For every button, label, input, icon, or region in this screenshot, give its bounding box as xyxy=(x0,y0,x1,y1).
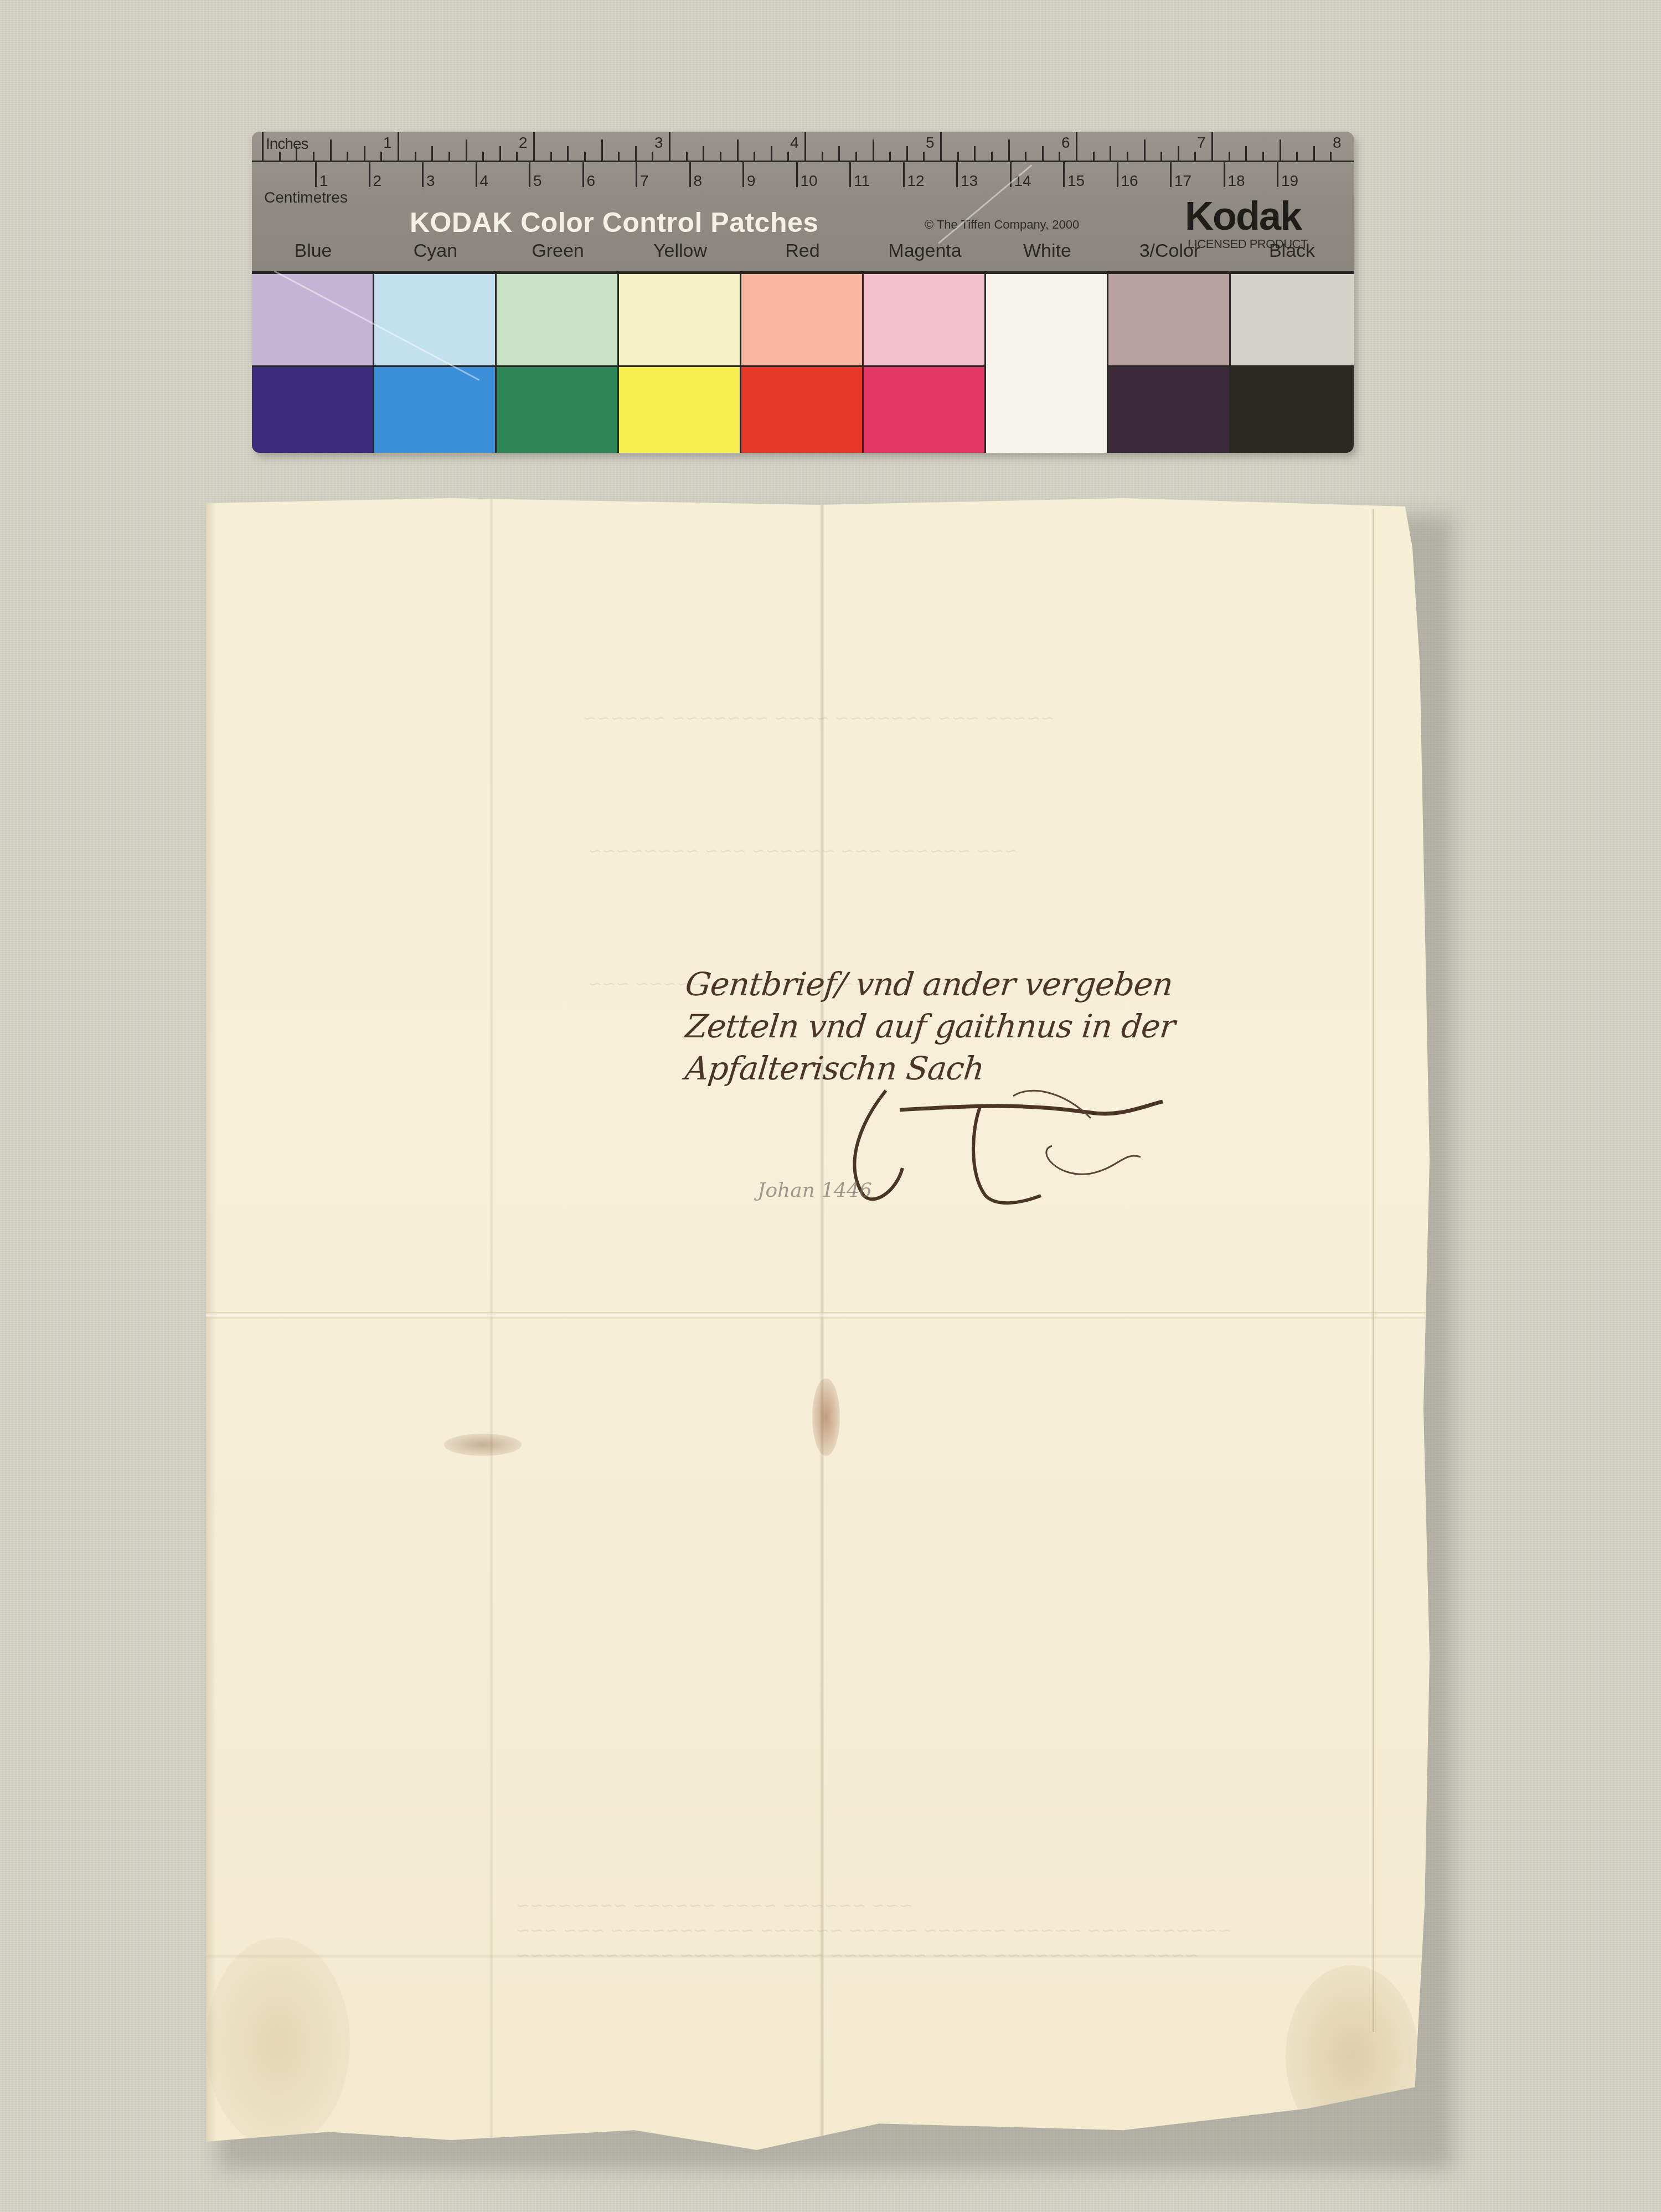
patch-column-yellow xyxy=(619,274,741,453)
cm-number: 9 xyxy=(747,172,756,190)
bleed-through-text: ~~~~~~~ ~~~ ~~~~~ ~~~~~~ ~~~~~ ~~~~~~ ~~… xyxy=(516,1921,1231,1940)
cm-tick xyxy=(796,162,798,187)
pencil-archival-note: Johan 1446 xyxy=(757,1179,872,1202)
patch-light xyxy=(252,274,373,367)
inch-tick xyxy=(1076,132,1077,161)
inch-tick xyxy=(262,132,264,161)
document-sheet: ~~~~~ ~~~ ~~~~~~~ ~~~~ ~~~~~~~ ~~~~~~ ~~… xyxy=(206,498,1430,2153)
inch-tick xyxy=(822,152,823,161)
inch-tick xyxy=(1194,152,1196,161)
patch-dark xyxy=(741,367,862,453)
ruler-band: Inches 12345678 123456789101112131415161… xyxy=(252,132,1354,271)
inch-tick xyxy=(466,139,467,161)
inch-number: 3 xyxy=(654,134,663,152)
cm-tick xyxy=(476,162,477,187)
patch-labels: BlueCyanGreenYellowRedMagentaWhite3/Colo… xyxy=(252,240,1354,268)
inch-tick xyxy=(431,146,433,161)
inch-number: 2 xyxy=(519,134,528,152)
bleed-through-text: ~~~~~ ~~~ ~~~~~~~ ~~~~ ~~~~~~~ ~~~~~~ xyxy=(582,709,1054,728)
patch-dark xyxy=(1108,367,1229,453)
inch-tick xyxy=(584,152,586,161)
inch-tick xyxy=(1313,146,1315,161)
cm-number: 19 xyxy=(1281,172,1298,190)
inch-tick xyxy=(313,152,314,161)
inch-number: 5 xyxy=(926,134,935,152)
cm-tick xyxy=(849,162,851,187)
inch-tick xyxy=(330,139,332,161)
patch-light xyxy=(1108,274,1229,367)
inch-tick xyxy=(482,152,484,161)
cm-tick xyxy=(1063,162,1065,187)
cm-tick xyxy=(903,162,905,187)
water-stain xyxy=(206,1937,350,2148)
inch-tick xyxy=(686,152,688,161)
cm-tick xyxy=(956,162,958,187)
patch-label-cyan: Cyan xyxy=(374,240,497,262)
patch-label-black: Black xyxy=(1231,240,1353,262)
patch-dark xyxy=(864,367,984,453)
inch-number: 8 xyxy=(1333,134,1342,152)
cm-tick xyxy=(1224,162,1225,187)
centimetre-ruler: 12345678910111213141516171819 xyxy=(252,162,1354,195)
inch-tick xyxy=(923,152,925,161)
endorsement-line-1: Gentbrief/ vnd ander vergeben xyxy=(683,963,1186,1005)
patch-column-green xyxy=(497,274,619,453)
inch-tick xyxy=(1245,146,1247,161)
cm-number: 14 xyxy=(1014,172,1031,190)
cm-tick xyxy=(1117,162,1118,187)
inch-tick xyxy=(398,132,399,161)
inch-tick xyxy=(1008,139,1010,161)
inch-tick xyxy=(787,152,789,161)
patch-dark xyxy=(619,367,740,453)
inch-tick xyxy=(669,132,670,161)
cm-number: 16 xyxy=(1121,172,1138,190)
patch-light xyxy=(1231,274,1354,367)
card-title: KODAK Color Control Patches xyxy=(410,206,819,239)
inch-tick xyxy=(364,146,365,161)
patch-light xyxy=(497,274,617,367)
patch-label-white: White xyxy=(986,240,1108,262)
cm-tick xyxy=(1277,162,1278,187)
inch-tick xyxy=(754,152,755,161)
inch-tick xyxy=(720,152,721,161)
color-patch-grid xyxy=(252,271,1354,453)
patch-label-red: Red xyxy=(741,240,864,262)
signature-flourish-icon xyxy=(830,1085,1163,1207)
cm-tick xyxy=(529,162,530,187)
patch-label-blue: Blue xyxy=(252,240,374,262)
kodak-color-card: Inches 12345678 123456789101112131415161… xyxy=(252,132,1354,453)
cm-tick xyxy=(636,162,637,187)
inch-tick xyxy=(601,139,603,161)
inch-tick xyxy=(567,146,569,161)
inch-tick xyxy=(380,152,382,161)
cm-tick xyxy=(742,162,744,187)
cm-number: 2 xyxy=(373,172,382,190)
inch-tick xyxy=(1042,146,1044,161)
bleed-through-text: ~~~ ~~~~~~ ~~~~ ~~~~~~ ~~~~~~~~ xyxy=(516,1896,913,1915)
inch-tick xyxy=(1144,139,1146,161)
centimetres-label: Centimetres xyxy=(264,189,348,206)
inch-tick xyxy=(1330,152,1332,161)
inch-tick xyxy=(652,152,653,161)
inches-label: Inches xyxy=(266,135,308,153)
inch-tick xyxy=(838,146,840,161)
inch-tick xyxy=(618,152,620,161)
patch-column-blue xyxy=(252,274,374,453)
bleed-through-text: ~~~~ ~~~ ~~~~~~~ ~~~~ ~~~~~~~ ~~~~~~ ~~~… xyxy=(516,1946,1199,1965)
patch-light xyxy=(864,274,984,367)
inch-tick xyxy=(1059,152,1060,161)
cm-number: 6 xyxy=(587,172,596,190)
patch-dark xyxy=(1231,367,1354,453)
inch-tick xyxy=(1229,152,1230,161)
patch-label-green: Green xyxy=(497,240,619,262)
inch-tick xyxy=(1211,132,1213,161)
inch-tick xyxy=(1296,152,1298,161)
inch-tick xyxy=(1093,152,1095,161)
inch-tick xyxy=(906,146,908,161)
inch-tick xyxy=(974,146,976,161)
patch-column-white xyxy=(986,274,1108,453)
inch-number: 6 xyxy=(1061,134,1070,152)
inch-tick xyxy=(737,139,739,161)
inch-tick xyxy=(516,152,518,161)
inch-tick xyxy=(1127,152,1128,161)
patch-label-yellow: Yellow xyxy=(619,240,741,262)
cm-tick xyxy=(582,162,584,187)
inch-number: 1 xyxy=(383,134,392,152)
endorsement-line-3: Apfalterischn Sach xyxy=(683,1047,1186,1089)
inch-tick xyxy=(771,146,772,161)
cm-number: 1 xyxy=(319,172,328,190)
patch-light xyxy=(374,274,495,367)
folded-edge-strip xyxy=(1373,509,1407,2032)
inch-tick xyxy=(1160,152,1162,161)
endorsement-handwriting: Gentbrief/ vnd ander vergeben Zetteln vn… xyxy=(685,963,1184,1089)
inch-tick xyxy=(873,139,874,161)
cm-number: 11 xyxy=(854,172,870,190)
inch-tick xyxy=(635,146,637,161)
patch-column-cyan xyxy=(374,274,497,453)
cm-number: 12 xyxy=(907,172,925,190)
inch-tick xyxy=(279,152,281,161)
cm-number: 8 xyxy=(694,172,703,190)
cm-number: 18 xyxy=(1228,172,1245,190)
fold-line-horizontal xyxy=(206,1312,1430,1319)
inch-tick xyxy=(957,152,959,161)
ink-stain xyxy=(812,1378,840,1456)
ink-stain xyxy=(444,1434,522,1456)
cm-tick xyxy=(315,162,317,187)
cm-number: 13 xyxy=(961,172,978,190)
cm-tick xyxy=(422,162,424,187)
copyright-text: © The Tiffen Company, 2000 xyxy=(925,218,1079,232)
inch-ruler: Inches 12345678 xyxy=(252,132,1354,162)
cm-number: 4 xyxy=(480,172,489,190)
bleed-through-text: ~~~ ~~~~~~ ~~~ ~~~~~~ ~~~ ~~~~~~~~ xyxy=(588,841,1018,861)
cm-tick xyxy=(1170,162,1172,187)
cm-number: 3 xyxy=(426,172,435,190)
inch-tick xyxy=(1110,146,1111,161)
patch-column-red xyxy=(741,274,864,453)
cm-number: 7 xyxy=(640,172,649,190)
cm-tick xyxy=(689,162,691,187)
patch-column-3-color xyxy=(1108,274,1231,453)
patch-dark xyxy=(252,367,373,453)
cm-number: 5 xyxy=(533,172,542,190)
inch-number: 4 xyxy=(790,134,799,152)
patch-label-3-color: 3/Color xyxy=(1108,240,1231,262)
inch-tick xyxy=(855,152,857,161)
cm-number: 17 xyxy=(1174,172,1191,190)
inch-tick xyxy=(991,152,993,161)
inch-tick xyxy=(1280,139,1281,161)
inch-tick xyxy=(550,152,552,161)
inch-tick xyxy=(889,152,891,161)
inch-tick xyxy=(804,132,806,161)
cm-tick xyxy=(369,162,370,187)
left-edge-shading xyxy=(206,498,216,2153)
patch-label-magenta: Magenta xyxy=(864,240,986,262)
kodak-logo: Kodak xyxy=(1185,194,1301,239)
inch-tick xyxy=(1025,152,1026,161)
inch-tick xyxy=(499,146,501,161)
cm-number: 10 xyxy=(801,172,818,190)
inch-tick xyxy=(1178,146,1179,161)
patch-column-black xyxy=(1231,274,1354,453)
cm-number: 15 xyxy=(1067,172,1085,190)
inch-tick xyxy=(415,152,416,161)
inch-tick xyxy=(533,132,535,161)
fold-line-vertical xyxy=(489,498,494,2153)
patch-light xyxy=(986,274,1107,453)
patch-dark xyxy=(497,367,617,453)
patch-light xyxy=(741,274,862,367)
inch-tick xyxy=(703,146,704,161)
patch-light xyxy=(619,274,740,367)
inch-tick xyxy=(448,152,450,161)
inch-tick xyxy=(1262,152,1264,161)
inch-tick xyxy=(296,146,297,161)
inch-number: 7 xyxy=(1197,134,1206,152)
patch-column-magenta xyxy=(864,274,986,453)
endorsement-line-2: Zetteln vnd auf gaithnus in der xyxy=(683,1005,1186,1047)
inch-tick xyxy=(940,132,942,161)
inch-tick xyxy=(347,152,348,161)
